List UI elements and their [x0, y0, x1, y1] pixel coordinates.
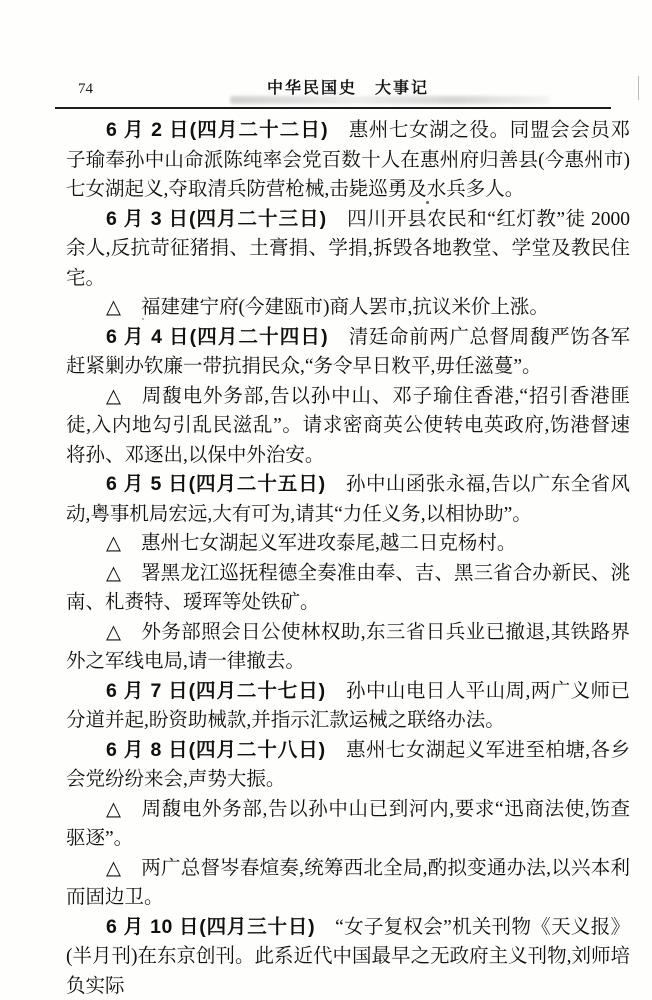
entry-date: 6 月 10 日(四月三十日)	[106, 916, 315, 938]
chronicle-entry: △署黑龙江巡抚程德全奏准由奉、吉、黑三省合办新民、洮南、札赉特、瑷珲等处铁矿。	[66, 559, 630, 618]
entry-text: 两广总督岑春煊奏,统筹西北全局,酌拟变通办法,以兴本利而固边卫。	[66, 858, 630, 909]
book-page: 74 中华民国史 大事记 6 月 2 日(四月二十二日)惠州七女湖之役。同盟会会…	[0, 0, 652, 1000]
entry-marker-icon: △	[106, 533, 121, 554]
entry-marker-icon: △	[106, 799, 122, 820]
chronicle-entry: 6 月 10 日(四月三十日)“女子复权会”机关刊物《天义报》(半月刊)在东京创…	[66, 913, 630, 1000]
scan-speckle	[426, 201, 429, 204]
entry-date: 6 月 8 日(四月二十八日)	[106, 739, 326, 761]
entry-text: 周馥电外务部,告以孙中山、邓子瑜住香港,“招引香港匪徒,入内地勾引乱民滋乱”。请…	[66, 386, 630, 466]
entry-text: 周馥电外务部,告以孙中山已到河内,要求“迅商法使,饬查驱逐”。	[66, 799, 630, 850]
chronicle-entry: △周馥电外务部,告以孙中山已到河内,要求“迅商法使,饬查驱逐”。	[66, 795, 630, 854]
header-rule	[55, 107, 611, 109]
entry-marker-icon: △	[106, 297, 121, 318]
chronicle-entry: △两广总督岑春煊奏,统筹西北全局,酌拟变通办法,以兴本利而固边卫。	[66, 854, 630, 913]
chronicle-entry: △周馥电外务部,告以孙中山、邓子瑜住香港,“招引香港匪徒,入内地勾引乱民滋乱”。…	[66, 382, 630, 471]
entry-text: 署黑龙江巡抚程德全奏准由奉、吉、黑三省合办新民、洮南、札赉特、瑷珲等处铁矿。	[66, 563, 630, 614]
chronicle-entry: 6 月 4 日(四月二十四日)清廷命前两广总督周馥严饬各军赶紧剿办钦廉一带抗捐民…	[66, 323, 630, 382]
entry-date: 6 月 4 日(四月二十四日)	[106, 326, 328, 348]
entry-text: 外务部照会日公使林权助,东三省日兵业已撤退,其铁路界外之军线电局,请一律撤去。	[66, 622, 630, 673]
entry-date: 6 月 5 日(四月二十五日)	[106, 473, 326, 495]
chronicle-entries: 6 月 2 日(四月二十二日)惠州七女湖之役。同盟会会员邓子瑜奉孙中山命派陈纯率…	[66, 116, 630, 1000]
entry-date: 6 月 7 日(四月二十七日)	[106, 680, 326, 702]
entry-marker-icon: △	[106, 563, 121, 584]
entry-date: 6 月 2 日(四月二十二日)	[106, 119, 328, 141]
chronicle-entry: △外务部照会日公使林权助,东三省日兵业已撤退,其铁路界外之军线电局,请一律撤去。	[66, 618, 630, 677]
entry-marker-icon: △	[106, 858, 121, 879]
chronicle-entry: 6 月 8 日(四月二十八日)惠州七女湖起义军进至柏塘,各乡会党纷纷来会,声势大…	[66, 736, 630, 795]
entry-text: 惠州七女湖起义军进攻泰尾,越二日克杨村。	[141, 533, 516, 554]
chronicle-entry: △惠州七女湖起义军进攻泰尾,越二日克杨村。	[66, 529, 630, 559]
chronicle-entry: 6 月 5 日(四月二十五日)孙中山函张永福,告以广东全省风动,粤事机局宏远,大…	[66, 470, 630, 529]
entry-marker-icon: △	[106, 622, 121, 643]
scan-speckle	[142, 318, 144, 320]
entry-text: 福建建宁府(今建瓯市)商人罢市,抗议米价上涨。	[141, 297, 549, 318]
scan-speckle	[236, 297, 238, 299]
chronicle-entry: 6 月 3 日(四月二十三日)四川开县农民和“红灯教”徒 2000 余人,反抗苛…	[66, 205, 630, 294]
chronicle-entry: 6 月 2 日(四月二十二日)惠州七女湖之役。同盟会会员邓子瑜奉孙中山命派陈纯率…	[66, 116, 630, 205]
chronicle-entry: △福建建宁府(今建瓯市)商人罢市,抗议米价上涨。	[66, 293, 630, 323]
scan-edge-artifact	[638, 76, 639, 100]
chronicle-entry: 6 月 7 日(四月二十七日)孙中山电日人平山周,两广义师已分道并起,盼资助械款…	[66, 677, 630, 736]
entry-marker-icon: △	[106, 386, 122, 407]
entry-date: 6 月 3 日(四月二十三日)	[106, 208, 327, 230]
scan-smudge	[230, 96, 550, 104]
